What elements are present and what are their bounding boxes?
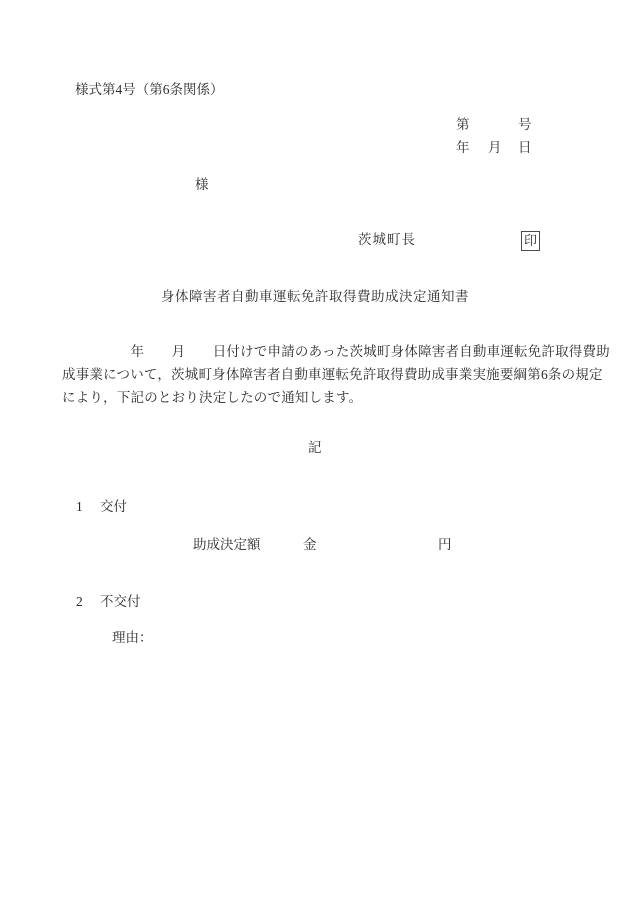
grant-currency-prefix: 金	[303, 538, 317, 552]
grant-currency-suffix: 円	[438, 538, 452, 552]
seal-box-icon: 印	[521, 231, 540, 251]
doc-number-suffix: 号	[518, 118, 532, 132]
form-number: 様式第4号（第6条関係）	[75, 83, 224, 97]
doc-number-prefix: 第	[456, 118, 470, 132]
body-line-3: により，下記のとおり決定したので通知します。	[62, 391, 582, 405]
record-marker: 記	[0, 441, 630, 455]
date-month-label: 月	[488, 141, 502, 155]
sender-name: 茨城町長	[358, 233, 416, 247]
document-title: 身体障害者自動車運転免許取得費助成決定通知書	[0, 290, 630, 304]
section-2-label: 不交付	[100, 595, 141, 609]
section-2-number: 2	[76, 595, 83, 609]
section-1-number: 1	[76, 500, 83, 514]
section-1-label: 交付	[100, 500, 127, 514]
body-line-1: 年 月 日付けで申請のあった茨城町身体障害者自動車運転免許取得費助	[62, 345, 582, 359]
body-line-2: 成事業について，茨城町身体障害者自動車運転免許取得費助成事業実施要綱第6条の規定	[62, 368, 582, 382]
grant-amount-label: 助成決定額	[193, 538, 261, 552]
date-year-label: 年	[456, 141, 470, 155]
date-day-label: 日	[518, 141, 532, 155]
addressee-honorific: 様	[195, 178, 209, 192]
reason-label: 理由：	[112, 631, 153, 645]
document-page: 様式第4号（第6条関係） 第 号 年 月 日 様 茨城町長 印 身体障害者自動車…	[0, 0, 630, 916]
